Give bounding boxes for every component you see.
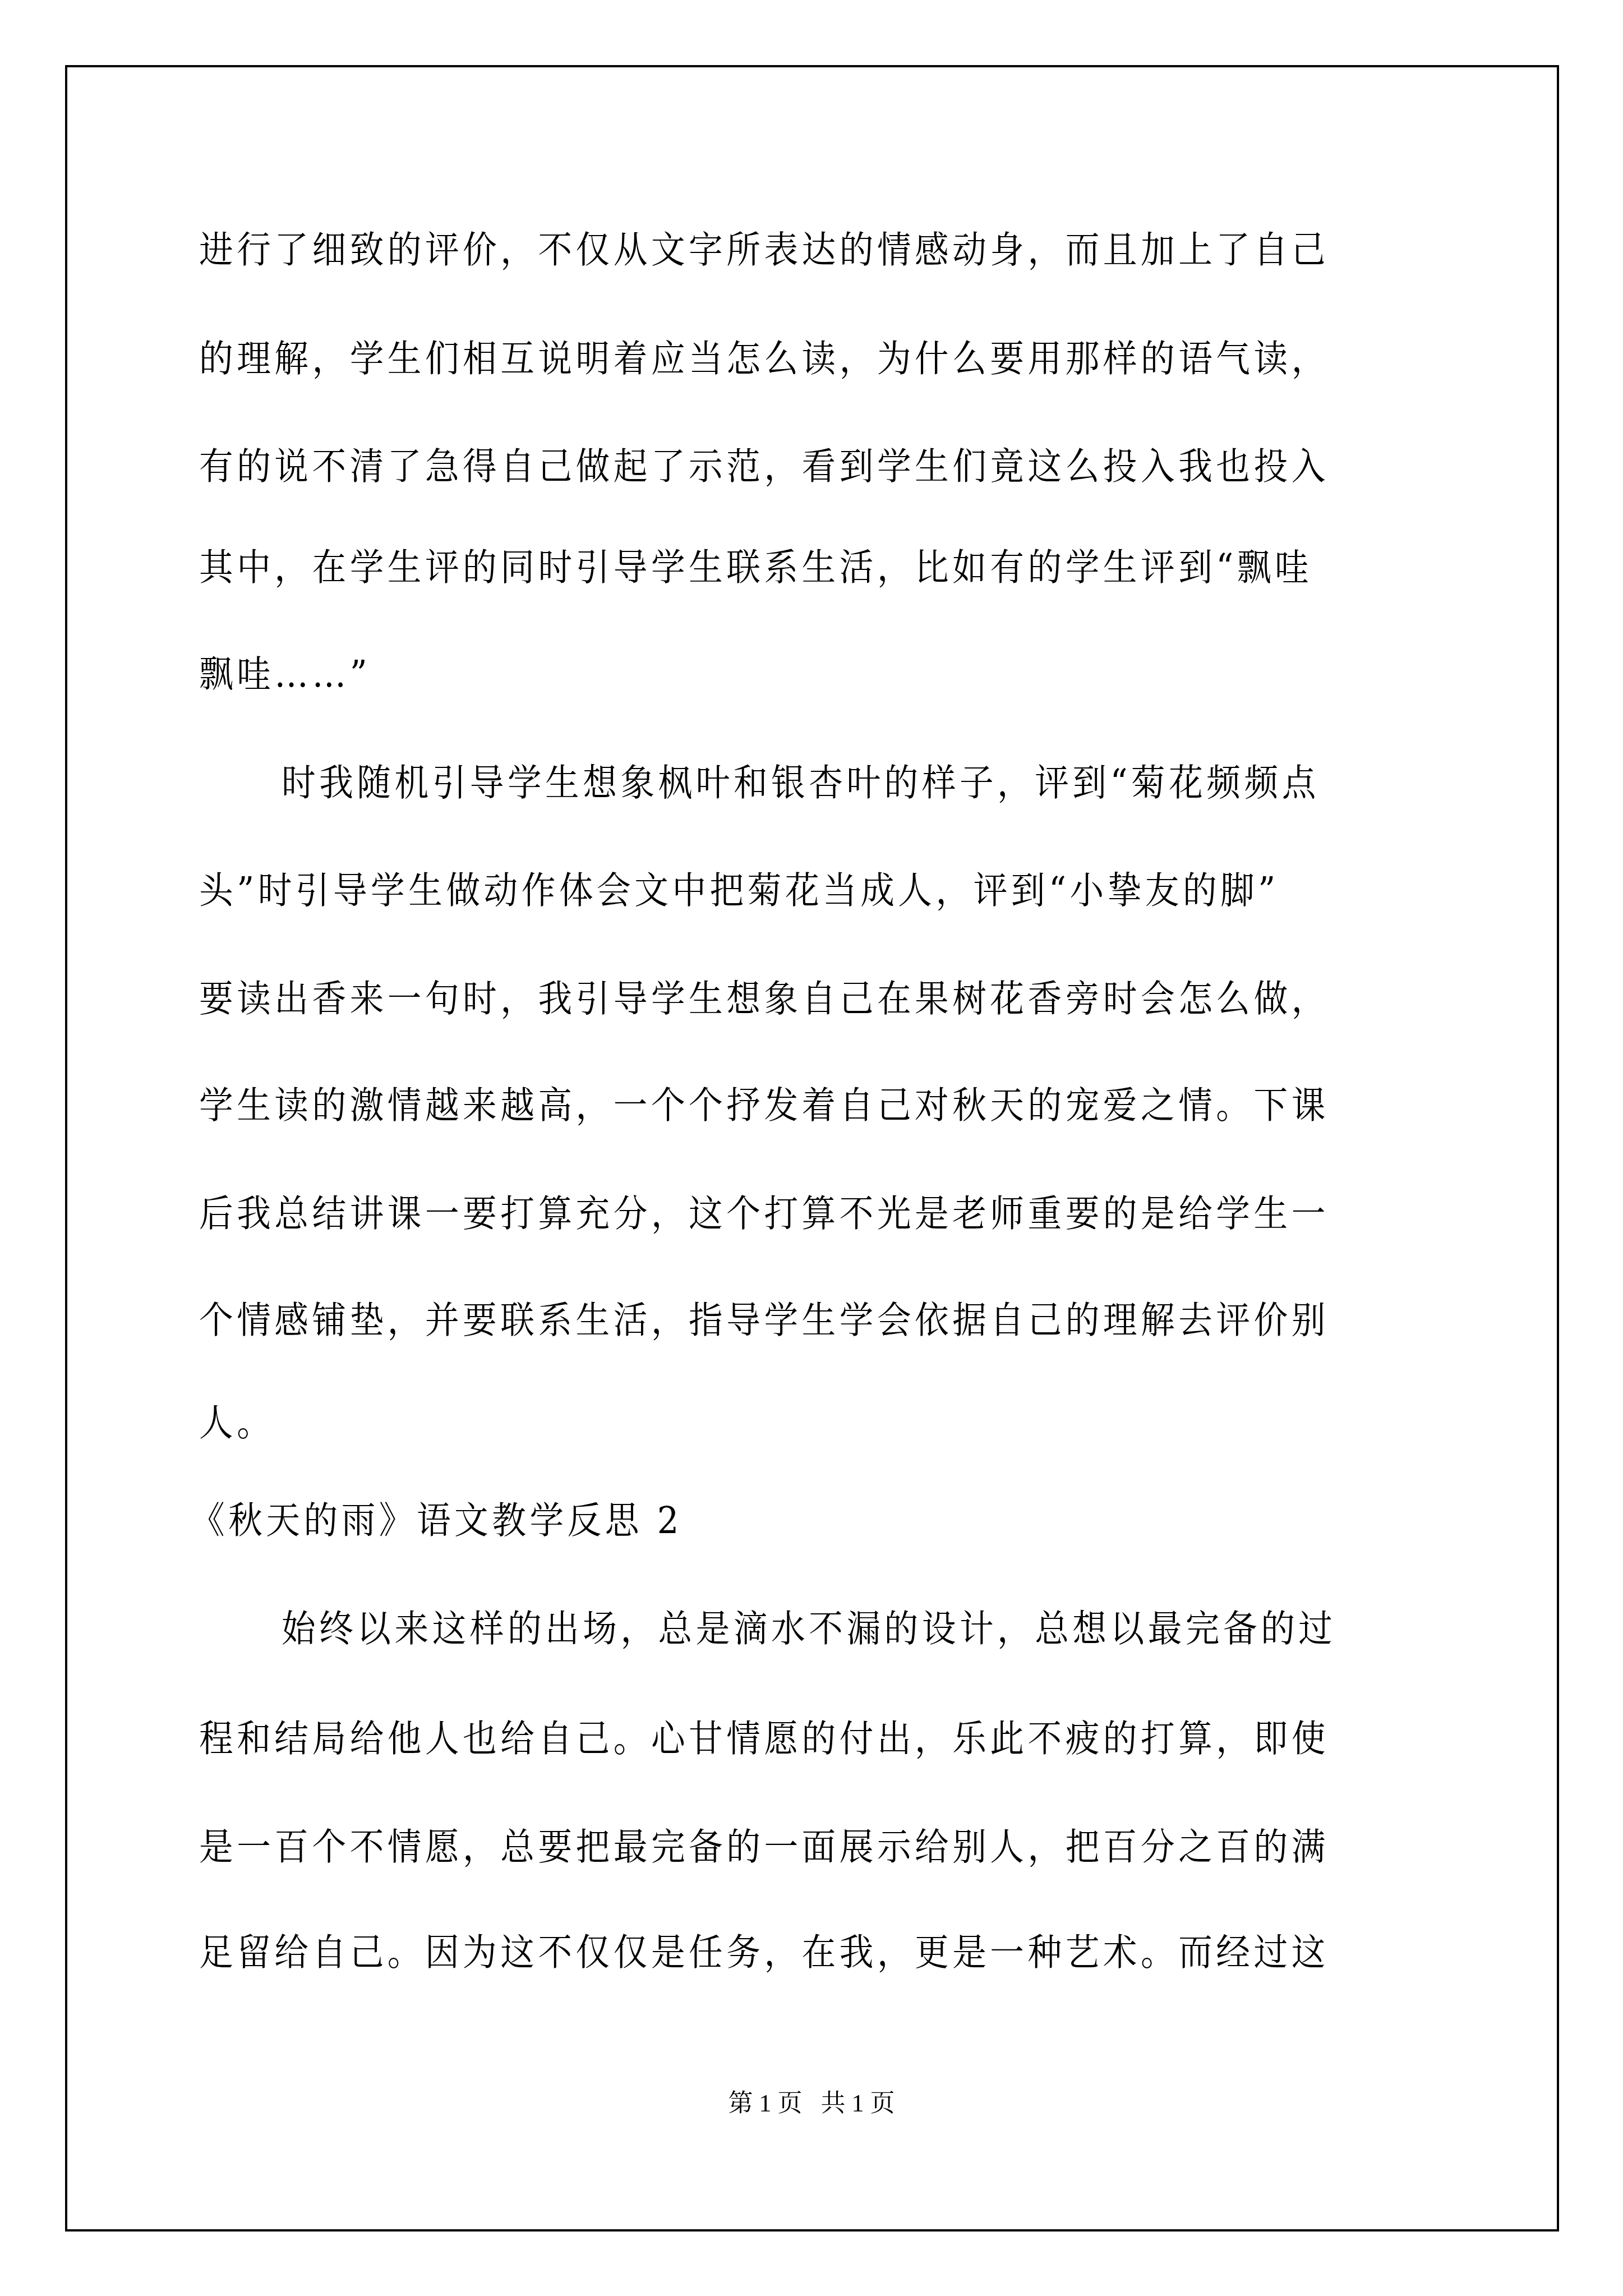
paragraph-line: 人。: [199, 1396, 274, 1450]
paragraph-line: 的理解，学生们相互说明着应当怎么读，为什么要用那样的语气读，: [199, 332, 1329, 386]
paragraph-line: 是一百个不情愿，总要把最完备的一面展示给别人，把百分之百的满: [199, 1820, 1329, 1874]
paragraph-line: 其中，在学生评的同时引导学生联系生活，比如有的学生评到“飘哇: [199, 541, 1312, 595]
page-number-footer: 第 1 页 共 1 页: [0, 2088, 1623, 2119]
paragraph-line: 要读出香来一句时，我引导学生想象自己在果树花香旁时会怎么做，: [199, 972, 1329, 1026]
paragraph-line: 足留给自己。因为这不仅仅是任务，在我，更是一种艺术。而经过这: [199, 1926, 1329, 1980]
paragraph-line: 时我随机引导学生想象枫叶和银杏叶的样子，评到“菊花频频点: [282, 756, 1320, 810]
section-title: 《秋天的雨》语文教学反思 2: [191, 1494, 683, 1548]
paragraph-line: 头”时引导学生做动作体会文中把菊花当成人，评到“小挚友的脚”: [199, 864, 1279, 918]
paragraph-line: 始终以来这样的出场，总是滴水不漏的设计，总想以最完备的过: [282, 1602, 1336, 1656]
paragraph-line: 学生读的激情越来越高，一个个抒发着自己对秋天的宠爱之情。下课: [199, 1079, 1329, 1133]
paragraph-line: 后我总结讲课一要打算充分，这个打算不光是老师重要的是给学生一: [199, 1187, 1329, 1241]
paragraph-line: 进行了细致的评价，不仅从文字所表达的情感动身，而且加上了自己: [199, 223, 1329, 277]
paragraph-line: 有的说不清了急得自己做起了示范，看到学生们竟这么投入我也投入: [199, 440, 1329, 494]
paragraph-line: 飘哇……”: [199, 647, 371, 701]
page-border: [65, 65, 1559, 2231]
paragraph-line: 程和结局给他人也给自己。心甘情愿的付出，乐此不疲的打算，即使: [199, 1712, 1329, 1766]
paragraph-line: 个情感铺垫，并要联系生活，指导学生学会依据自己的理解去评价别: [199, 1294, 1329, 1347]
